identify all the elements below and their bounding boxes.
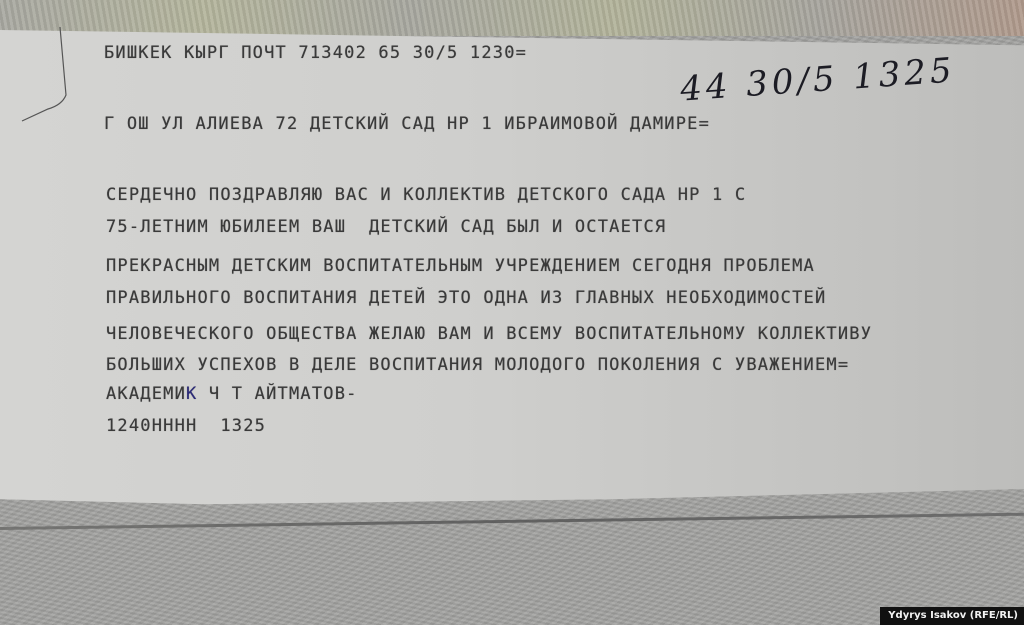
telegram-body-line: ПРЕКРАСНЫМ ДЕТСКИМ ВОСПИТАТЕЛЬНЫМ УЧРЕЖД… [106, 256, 815, 276]
telegram-body-line: БОЛЬШИХ УСПЕХОВ В ДЕЛЕ ВОСПИТАНИЯ МОЛОДО… [106, 355, 849, 375]
background-strip [0, 0, 1024, 36]
telegram-body-line: ЧЕЛОВЕЧЕСКОГО ОБЩЕСТВА ЖЕЛАЮ ВАМ И ВСЕМУ… [106, 324, 872, 344]
telegram-paper [0, 30, 1024, 540]
photo-credit: Ydyrys Isakov (RFE/RL) [880, 607, 1024, 625]
telegram-body-line: ПРАВИЛЬНОГО ВОСПИТАНИЯ ДЕТЕЙ ЭТО ОДНА ИЗ… [106, 288, 826, 308]
telegram-body-line: 75-ЛЕТНИМ ЮБИЛЕЕМ ВАШ ДЕТСКИЙ САД БЫЛ И … [106, 217, 666, 237]
paper-crease-mark [18, 25, 78, 125]
signature-highlight-letter: К [186, 384, 197, 404]
telegram-address: Г ОШ УЛ АЛИЕВА 72 ДЕТСКИЙ САД НР 1 ИБРАИ… [104, 114, 710, 134]
signature-prefix: АКАДЕМИ [106, 384, 186, 404]
telegram-header: БИШКЕК КЫРГ ПОЧТ 713402 65 30/5 1230= [104, 43, 527, 63]
telegram-body-line: СЕРДЕЧНО ПОЗДРАВЛЯЮ ВАС И КОЛЛЕКТИВ ДЕТС… [106, 185, 746, 205]
paper-bottom-edge [0, 513, 1024, 530]
telegram-end-code: 1240НННН 1325 [106, 416, 266, 436]
telegram-signature: АКАДЕМИК Ч Т АЙТМАТОВ- [106, 384, 358, 404]
photo-scene: БИШКЕК КЫРГ ПОЧТ 713402 65 30/5 1230= 44… [0, 0, 1024, 625]
signature-suffix: Ч Т АЙТМАТОВ- [197, 384, 357, 404]
